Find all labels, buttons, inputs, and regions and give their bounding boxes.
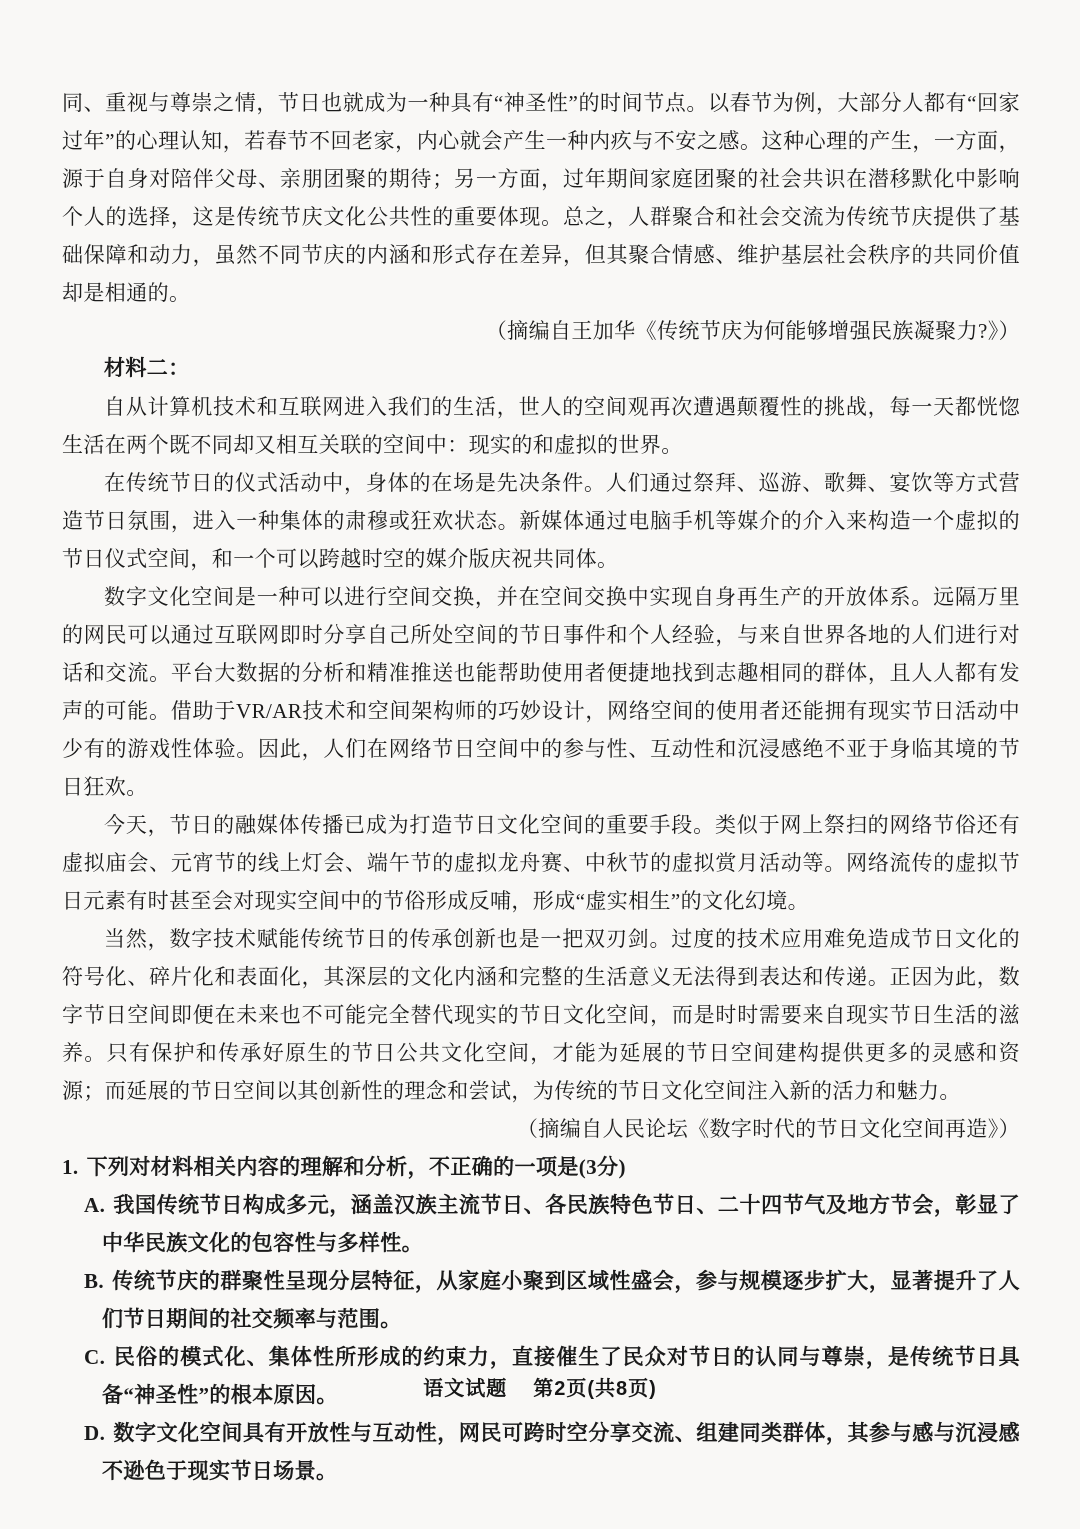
option-b-label: B.	[84, 1269, 104, 1293]
material2-paragraph-5: 当然，数字技术赋能传统节日的传承创新也是一把双刃剑。过度的技术应用难免造成节日文…	[62, 920, 1020, 1110]
material1-attribution: （摘编自王加华《传统节庆为何能够增强民族凝聚力?》）	[62, 312, 1020, 350]
option-c-label: C.	[84, 1345, 105, 1369]
footer-doc-title: 语文试题	[423, 1378, 507, 1400]
material2-paragraph-3: 数字文化空间是一种可以进行空间交换，并在空间交换中实现自身再生产的开放体系。远隔…	[62, 578, 1020, 806]
material2-paragraph-1: 自从计算机技术和互联网进入我们的生活，世人的空间观再次遭遇颠覆性的挑战，每一天都…	[62, 388, 1020, 464]
option-a-text: 我国传统节日构成多元，涵盖汉族主流节日、各民族特色节日、二十四节气及地方节会，彰…	[102, 1193, 1020, 1255]
question-1: 1.下列对材料相关内容的理解和分析，不正确的一项是(3分) A.我国传统节日构成…	[62, 1148, 1020, 1490]
material1-continuation-paragraph: 同、重视与尊崇之情，节日也就成为一种具有“神圣性”的时间节点。以春节为例，大部分…	[62, 84, 1020, 312]
option-b-text: 传统节庆的群聚性呈现分层特征，从家庭小聚到区域性盛会，参与规模逐步扩大，显著提升…	[102, 1269, 1020, 1331]
page-content: 同、重视与尊崇之情，节日也就成为一种具有“神圣性”的时间节点。以春节为例，大部分…	[62, 84, 1020, 1490]
material2-paragraph-2: 在传统节日的仪式活动中，身体的在场是先决条件。人们通过祭拜、巡游、歌舞、宴饮等方…	[62, 464, 1020, 578]
option-a-label: A.	[84, 1193, 105, 1217]
material2-attribution: （摘编自人民论坛《数字时代的节日文化空间再造》）	[62, 1110, 1020, 1148]
question-1-stem-text: 下列对材料相关内容的理解和分析，不正确的一项是(3分)	[87, 1155, 626, 1179]
option-d-label: D.	[84, 1421, 105, 1445]
question-1-number: 1.	[62, 1155, 79, 1179]
question-1-option-a: A.我国传统节日构成多元，涵盖汉族主流节日、各民族特色节日、二十四节气及地方节会…	[62, 1186, 1020, 1262]
exam-paper-page: 同、重视与尊崇之情，节日也就成为一种具有“神圣性”的时间节点。以春节为例，大部分…	[0, 0, 1080, 1529]
material2-paragraph-4: 今天，节日的融媒体传播已成为打造节日文化空间的重要手段。类似于网上祭扫的网络节俗…	[62, 806, 1020, 920]
question-1-stem: 1.下列对材料相关内容的理解和分析，不正确的一项是(3分)	[62, 1148, 1020, 1186]
question-1-option-d: D.数字文化空间具有开放性与互动性，网民可跨时空分享交流、组建同类群体，其参与感…	[62, 1414, 1020, 1490]
footer-page-info: 第2页(共8页)	[533, 1378, 657, 1400]
page-footer: 语文试题第2页(共8页)	[0, 1372, 1080, 1401]
question-1-option-b: B.传统节庆的群聚性呈现分层特征，从家庭小聚到区域性盛会，参与规模逐步扩大，显著…	[62, 1262, 1020, 1338]
material2-heading: 材料二：	[62, 350, 1020, 388]
option-d-text: 数字文化空间具有开放性与互动性，网民可跨时空分享交流、组建同类群体，其参与感与沉…	[102, 1421, 1020, 1483]
